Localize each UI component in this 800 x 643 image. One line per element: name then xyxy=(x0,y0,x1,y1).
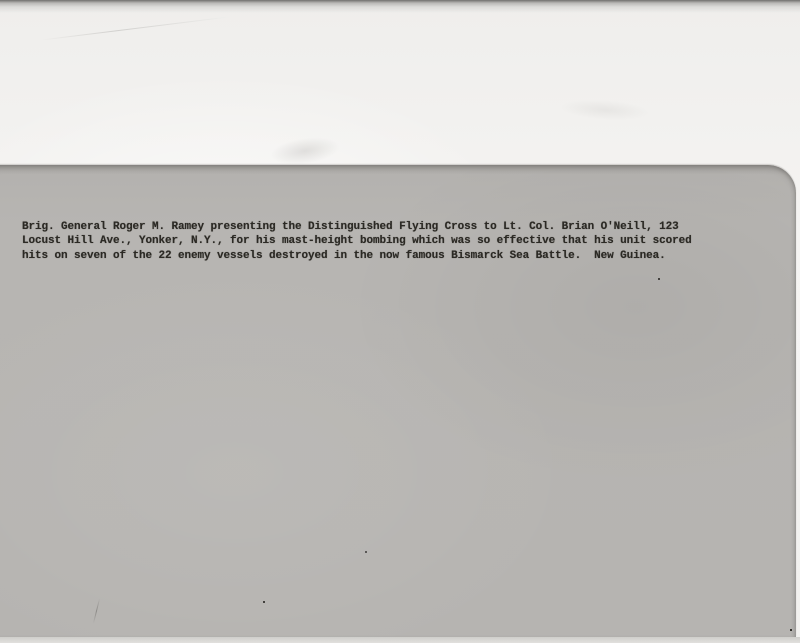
caption-line-3: hits on seven of the 22 enemy vessels de… xyxy=(22,249,762,263)
paper-smudge xyxy=(269,133,342,168)
paper-scratch xyxy=(41,16,230,40)
photo-card: Brig. General Roger M. Ramey presenting … xyxy=(0,165,796,637)
caption-line-2: Locust Hill Ave., Yonker, N.Y., for his … xyxy=(22,234,762,248)
typed-caption: Brig. General Roger M. Ramey presenting … xyxy=(22,220,762,263)
paper-smudge xyxy=(559,97,650,123)
caption-line-1: Brig. General Roger M. Ramey presenting … xyxy=(22,220,762,234)
dust-specks xyxy=(658,278,660,280)
scan-top-shadow xyxy=(0,0,800,14)
scan-bottom-edge xyxy=(0,637,800,643)
scanned-photo-back: Brig. General Roger M. Ramey presenting … xyxy=(0,0,800,643)
